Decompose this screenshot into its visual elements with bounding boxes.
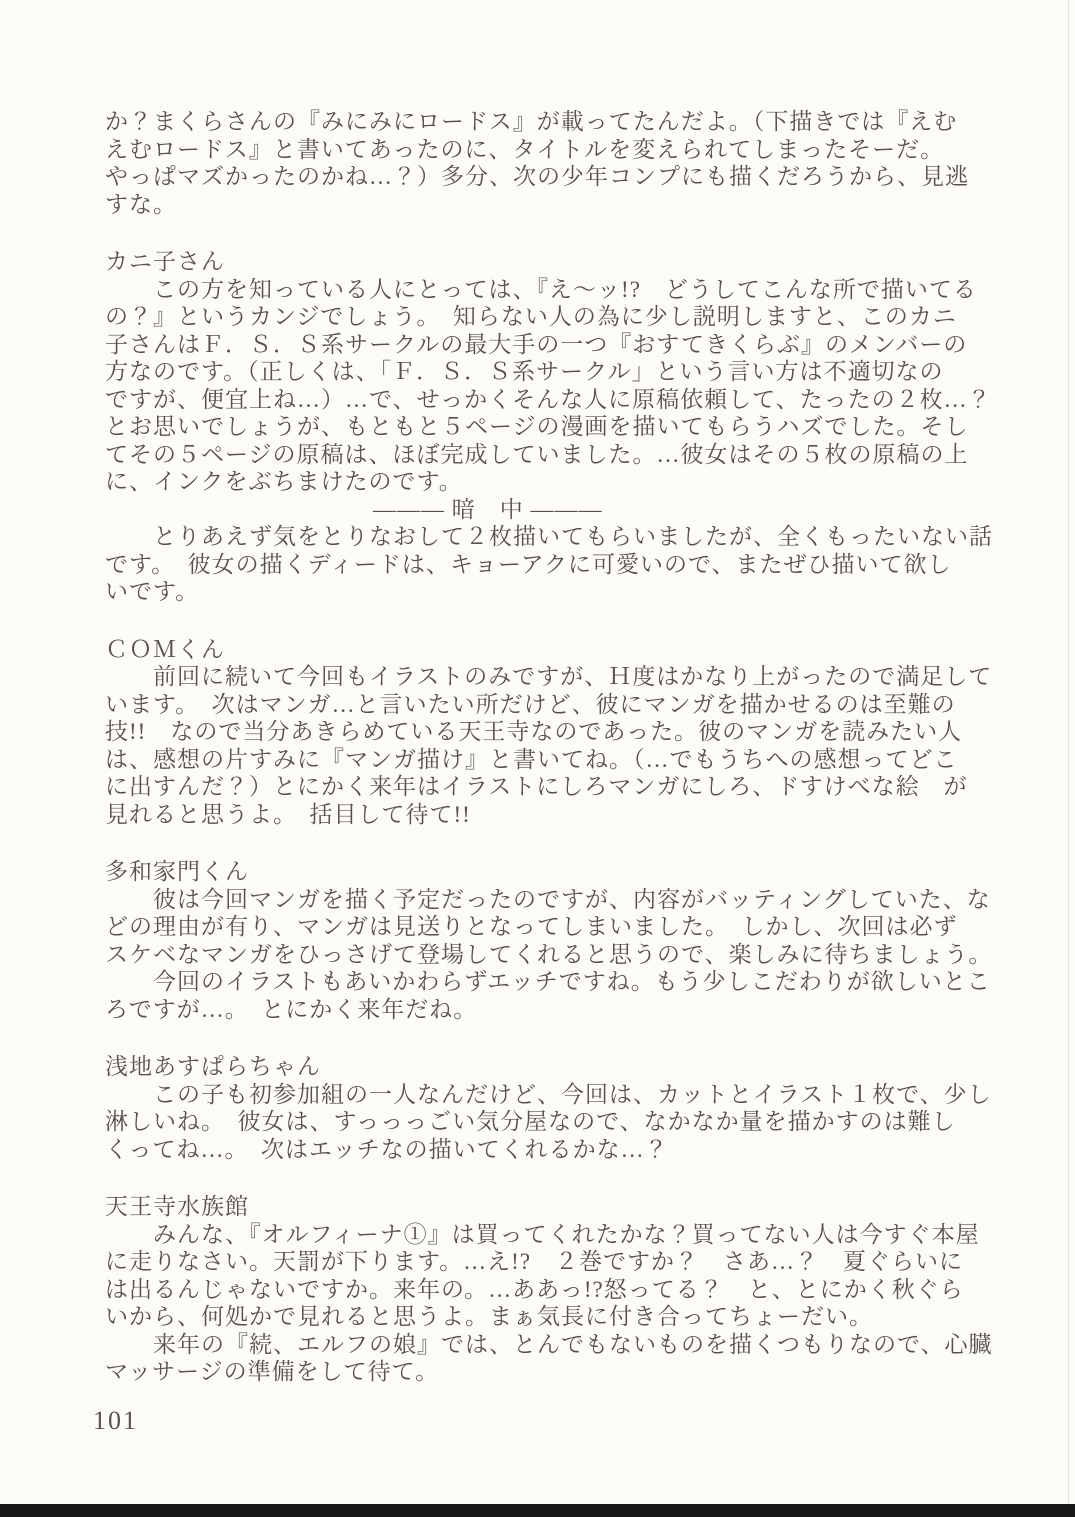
page-text: か？まくらさんの『みにみにロードス』が載ってたんだよ。（下描きでは『えむ えむロ… (105, 108, 1015, 1386)
text-line: 今回のイラストもあいかわらずエッチですね。もう少しこだわりが欲しいとこ (105, 968, 1015, 996)
section-heading: カニ子さん (105, 248, 1015, 276)
text-line: この方を知っている人にとっては、『え〜ッ!? どうしてこんな所で描いてる (105, 276, 1015, 304)
text-line: この子も初参加組の一人なんだけど、今回は、カットとイラスト１枚で、少し (105, 1081, 1015, 1109)
section-kaniko-san: カニ子さん この方を知っている人にとっては、『え〜ッ!? どうしてこんな所で描い… (105, 248, 1015, 606)
text-line: えむロードス』と書いてあったのに、タイトルを変えられてしまったそーだ。 (105, 136, 1015, 164)
text-line: てその５ページの原稿は、ほぼ完成していました。…彼女はその５枚の原稿の上 (105, 441, 1015, 469)
text-line: 来年の『続、エルフの娘』では、とんでもないものを描くつもりなので、心臓 (105, 1331, 1015, 1359)
text-line: 方なのです。（正しくは、「Ｆ．Ｓ．Ｓ系サークル」という言い方は不適切なの (105, 358, 1015, 386)
text-line: の？』というカンジでしょう。 知らない人の為に少し説明しますと、このカニ (105, 303, 1015, 331)
section-tawakamon-kun: 多和家門くん 彼は今回マンガを描く予定だったのですが、内容がバッティングしていた… (105, 858, 1015, 1023)
intro-paragraph: か？まくらさんの『みにみにロードス』が載ってたんだよ。（下描きでは『えむ えむロ… (105, 108, 1015, 218)
text-line: は出るんじゃないですか。来年の。…ああっ!?怒ってる？ と、とにかく秋ぐら (105, 1276, 1015, 1304)
text-line: 前回に続いて今回もイラストのみですが、Ｈ度はかなり上がったので満足して (105, 663, 1015, 691)
section-asaji-asupara-chan: 浅地あすぱらちゃん この子も初参加組の一人なんだけど、今回は、カットとイラスト１… (105, 1053, 1015, 1163)
section-heading: 浅地あすぱらちゃん (105, 1053, 1015, 1081)
page-number: 101 (93, 1406, 138, 1436)
ancyuu-divider-line: ――― 暗 中 ――― (105, 496, 1015, 524)
text-line: すな。 (105, 191, 1015, 219)
text-line: スケベなマンガをひっさげて登場してくれると思うので、楽しみに待ちましょう。 (105, 941, 1015, 969)
scan-edge-bar (0, 1504, 1075, 1517)
text-line: に出すんだ？）とにかく来年はイラストにしろマンガにしろ、ドすけべな絵 が (105, 773, 1015, 801)
text-line: ですが、便宜上ね…）…で、せっかくそんな人に原稿依頼して、たったの２枚…？ (105, 386, 1015, 414)
text-line: 彼は今回マンガを描く予定だったのですが、内容がバッティングしていた、な (105, 886, 1015, 914)
text-line: とお思いでしょうが、もともと５ページの漫画を描いてもらうハズでした。そし (105, 413, 1015, 441)
text-line: に走りなさい。天罰が下ります。…え!? ２巻ですか？ さあ…？ 夏ぐらいに (105, 1248, 1015, 1276)
section-com-kun: ＣＯＭくん 前回に続いて今回もイラストのみですが、Ｈ度はかなり上がったので満足し… (105, 636, 1015, 829)
text-line: に、インクをぶちまけたのです。 (105, 468, 1015, 496)
section-heading: 天王寺水族館 (105, 1193, 1015, 1221)
text-line: います。 次はマンガ…と言いたい所だけど、彼にマンガを描かせるのは至難の (105, 691, 1015, 719)
text-line: 技!! なので当分あきらめている天王寺なのであった。彼のマンガを読みたい人 (105, 718, 1015, 746)
section-heading: 多和家門くん (105, 858, 1015, 886)
text-line: です。 彼女の描くディードは、キョーアクに可愛いので、またぜひ描いて欲し (105, 551, 1015, 579)
text-line: やっぱマズかったのかね…？）多分、次の少年コンプにも描くだろうから、見逃 (105, 163, 1015, 191)
text-line: か？まくらさんの『みにみにロードス』が載ってたんだよ。（下描きでは『えむ (105, 108, 1015, 136)
section-heading: ＣＯＭくん (105, 636, 1015, 664)
text-line: は、感想の片すみに『マンガ描け』と書いてね。（…でもうちへの感想ってどこ (105, 746, 1015, 774)
text-line: 淋しいね。 彼女は、すっっっごい気分屋なので、なかなか量を描かすのは難し (105, 1108, 1015, 1136)
text-line: ろですが…。 とにかく来年だね。 (105, 996, 1015, 1024)
text-line: くってね…。 次はエッチなの描いてくれるかな…？ (105, 1136, 1015, 1164)
text-line: みんな、『オルフィーナ①』は買ってくれたかな？買ってない人は今すぐ本屋 (105, 1221, 1015, 1249)
text-line: いから、何処かで見れると思うよ。まぁ気長に付き合ってちょーだい。 (105, 1303, 1015, 1331)
text-line: とりあえず気をとりなおして２枚描いてもらいましたが、全くもったいない話 (105, 523, 1015, 551)
text-line: いです。 (105, 578, 1015, 606)
text-line: マッサージの準備をして待て。 (105, 1358, 1015, 1386)
section-tennoji-suizokukan: 天王寺水族館 みんな、『オルフィーナ①』は買ってくれたかな？買ってない人は今すぐ… (105, 1193, 1015, 1386)
text-line: どの理由が有り、マンガは見送りとなってしまいました。 しかし、次回は必ず (105, 913, 1015, 941)
scan-edge-line (1068, 0, 1069, 1517)
text-line: 子さんはＦ．Ｓ．Ｓ系サークルの最大手の一つ『おすてきくらぶ』のメンバーの (105, 331, 1015, 359)
text-line: 見れると思うよ。 括目して待て!! (105, 801, 1015, 829)
